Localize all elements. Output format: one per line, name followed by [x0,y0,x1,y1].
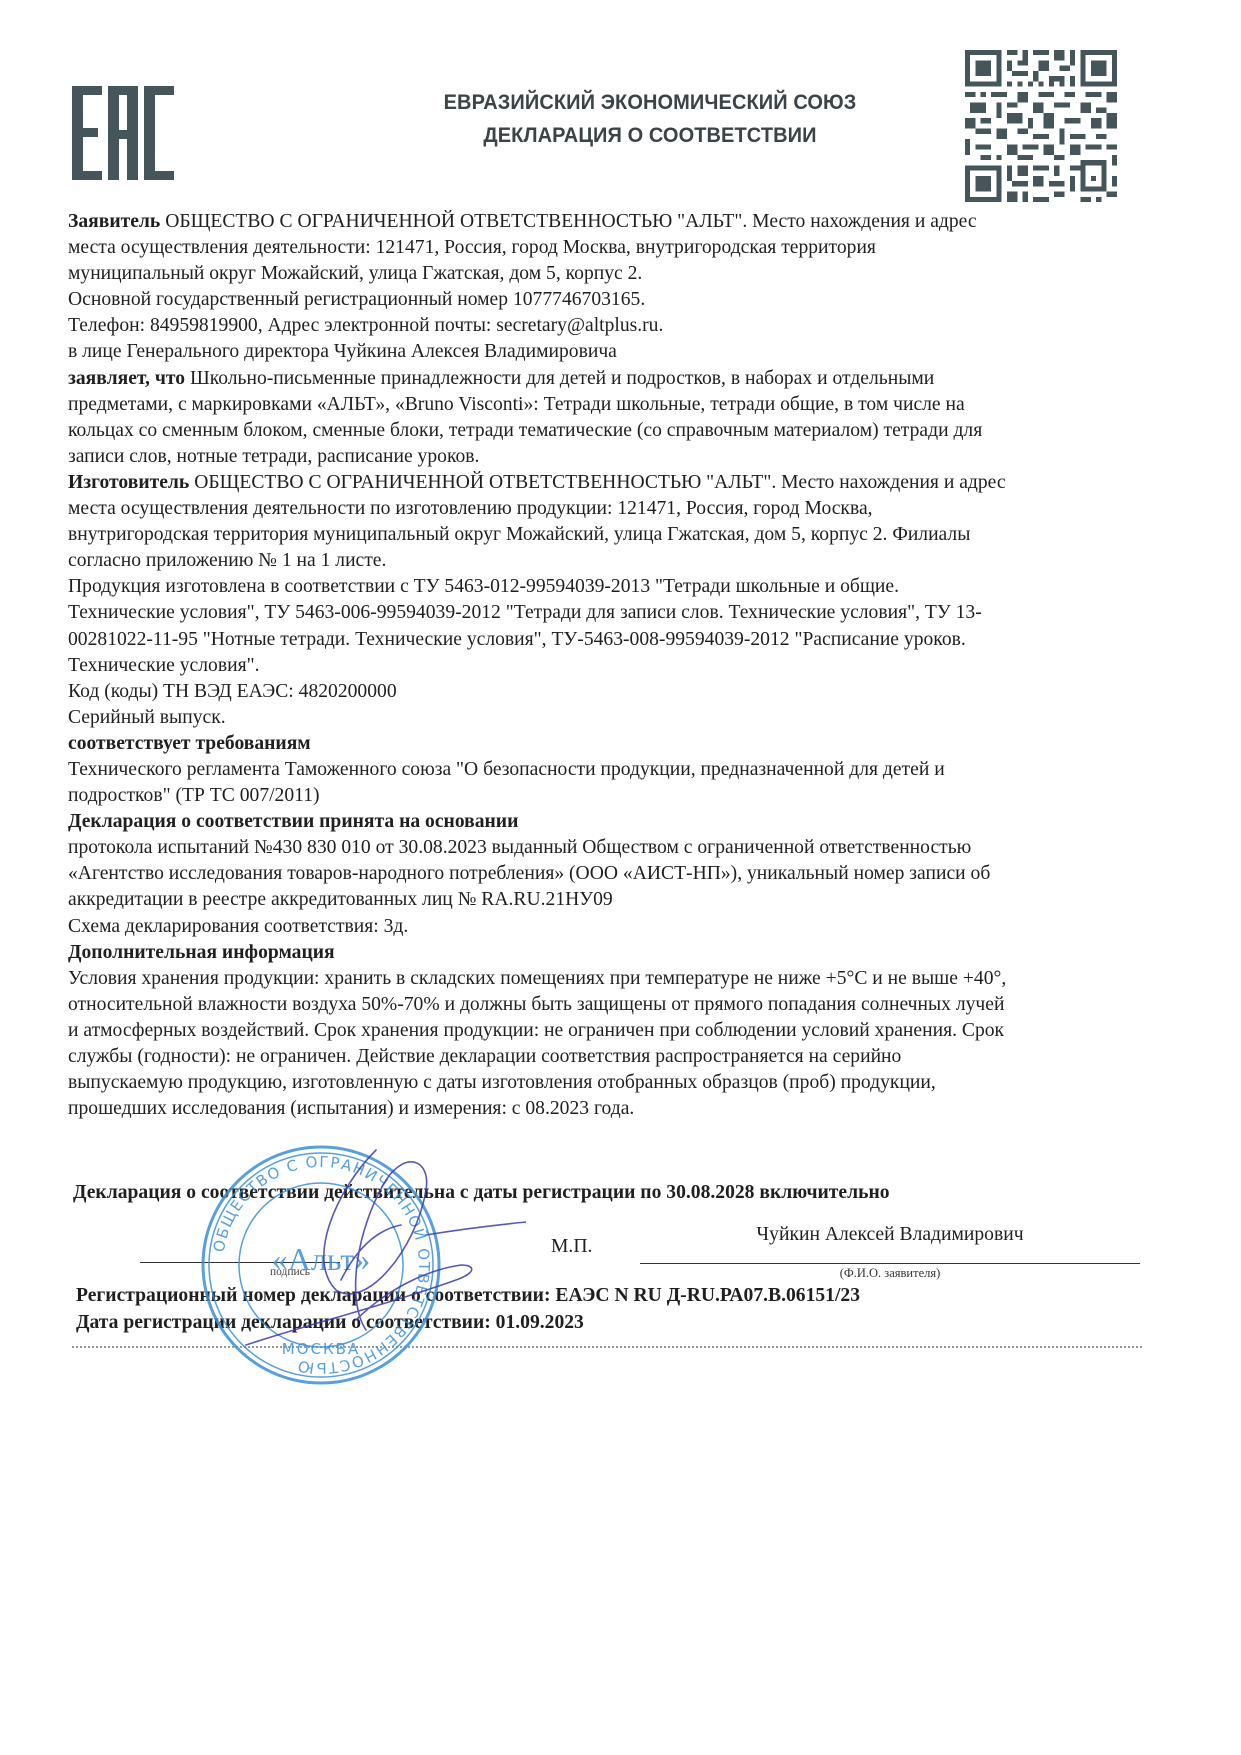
signature-caption: подпись [140,1266,440,1278]
declaration-scheme: Схема декларирования соответствия: 3д. [68,914,1143,940]
basis-line: протокола испытаний №430 830 010 от 30.0… [68,835,1143,861]
additional-info-section: Дополнительная информация Условия хранен… [68,940,1143,1123]
registration-number: Регистрационный номер декларации о соотв… [76,1285,860,1307]
declaration-page: ЕВРАЗИЙСКИЙ ЭКОНОМИЧЕСКИЙ СОЮЗ ДЕКЛАРАЦИ… [0,0,1241,1755]
production-standards-line: 00281022-11-95 "Нотные тетради. Техничес… [68,627,1143,653]
name-caption: (Ф.И.О. заявителя) [640,1266,1140,1281]
production-section: Продукция изготовлена в соответствии с Т… [68,574,1143,731]
serial-release: Серийный выпуск. [68,705,1143,731]
eac-logo [72,86,180,180]
applicant-contacts: Телефон: 84959819900, Адрес электронной … [68,313,1143,339]
product-description-line: записи слов, нотные тетради, расписание … [68,444,1143,470]
production-standards-line: Продукция изготовлена в соответствии с Т… [68,574,1143,600]
tn-ved-code: Код (коды) ТН ВЭД ЕАЭС: 4820200000 [68,679,1143,705]
additional-info-heading: Дополнительная информация [68,940,1143,966]
basis-section: Декларация о соответствии принята на осн… [68,809,1143,939]
title-union: ЕВРАЗИЙСКИЙ ЭКОНОМИЧЕСКИЙ СОЮЗ [399,86,901,119]
title-declaration: ДЕКЛАРАЦИЯ О СООТВЕТСТВИИ [399,119,901,152]
bottom-separator [72,1346,1142,1348]
basis-line: аккредитации в реестре аккредитованных л… [68,887,1143,913]
basis-line: «Агентство исследования товаров-народног… [68,861,1143,887]
registration-date: Дата регистрации декларации о соответств… [76,1312,584,1334]
applicant-address-line: места осуществления деятельности: 121471… [68,235,1143,261]
applicant-full-name: Чуйкин Алексей Владимирович [640,1222,1140,1248]
qr-code-icon[interactable] [962,50,1120,202]
product-description-line: предметами, с маркировками «АЛЬТ», «Brun… [68,392,1143,418]
applicant-label: Заявитель [68,211,160,232]
signature-underline [140,1262,340,1263]
applicant-address-line: муниципальный округ Можайский, улица Гжа… [68,261,1143,287]
stamp-city: МОСКВА [282,1340,360,1358]
manufacturer-branches: согласно приложению № 1 на 1 листе. [68,548,1143,574]
additional-info-line: Условия хранения продукции: хранить в ск… [68,966,1143,992]
requirements-line: Технического регламента Таможенного союз… [68,757,1143,783]
company-stamp-icon: ОБЩЕСТВО С ОГРАНИЧЕННОЙ ОТВЕТСТВЕННОСТЬЮ… [196,1140,446,1390]
eac-letter-a [108,86,138,180]
product-description: Школьно-письменные принадлежности для де… [185,368,934,389]
document-title: ЕВРАЗИЙСКИЙ ЭКОНОМИЧЕСКИЙ СОЮЗ ДЕКЛАРАЦИ… [380,86,920,152]
manufacturer-address-line: внутригородская территория муниципальный… [68,522,1143,548]
basis-heading: Декларация о соответствии принята на осн… [68,809,1143,835]
declaration-body: Заявитель ОБЩЕСТВО С ОГРАНИЧЕННОЙ ОТВЕТС… [68,209,1143,1122]
applicant-name: ОБЩЕСТВО С ОГРАНИЧЕННОЙ ОТВЕТСТВЕННОСТЬЮ… [160,211,976,232]
manufacturer-address-line: места осуществления деятельности по изго… [68,496,1143,522]
applicant-section: Заявитель ОБЩЕСТВО С ОГРАНИЧЕННОЙ ОТВЕТС… [68,209,1143,366]
additional-info-line: и атмосферных воздействий. Срок хранения… [68,1018,1143,1044]
additional-info-line: выпускаемую продукцию, изготовленную с д… [68,1070,1143,1096]
requirements-line: подростков" (ТР ТС 007/2011) [68,783,1143,809]
eac-letter-e [72,86,102,180]
production-standards-line: Технические условия". [68,653,1143,679]
additional-info-line: относительной влажности воздуха 50%-70% … [68,992,1143,1018]
applicant-representative: в лице Генерального директора Чуйкина Ал… [68,339,1143,365]
applicant-ogrn: Основной государственный регистрационный… [68,287,1143,313]
validity-period: Декларация о соответствии действительна … [73,1182,890,1204]
requirements-heading: соответствует требованиям [68,731,1143,757]
manufacturer-label: Изготовитель [68,472,189,493]
requirements-section: соответствует требованиям Технического р… [68,731,1143,809]
seal-place-label: М.П. [551,1236,592,1258]
production-standards-line: Технические условия", ТУ 5463-006-995940… [68,600,1143,626]
manufacturer-section: Изготовитель ОБЩЕСТВО С ОГРАНИЧЕННОЙ ОТВ… [68,470,1143,574]
eac-letter-c [144,86,174,180]
product-description-line: кольцах со сменным блоком, сменные блоки… [68,418,1143,444]
declares-label: заявляет, что [68,368,185,389]
manufacturer-name: ОБЩЕСТВО С ОГРАНИЧЕННОЙ ОТВЕТСТВЕННОСТЬЮ… [189,472,1005,493]
additional-info-line: прошедших исследования (испытания) и изм… [68,1096,1143,1122]
name-underline [640,1263,1140,1264]
additional-info-line: службы (годности): не ограничен. Действи… [68,1044,1143,1070]
declares-section: заявляет, что Школьно-письменные принадл… [68,366,1143,470]
